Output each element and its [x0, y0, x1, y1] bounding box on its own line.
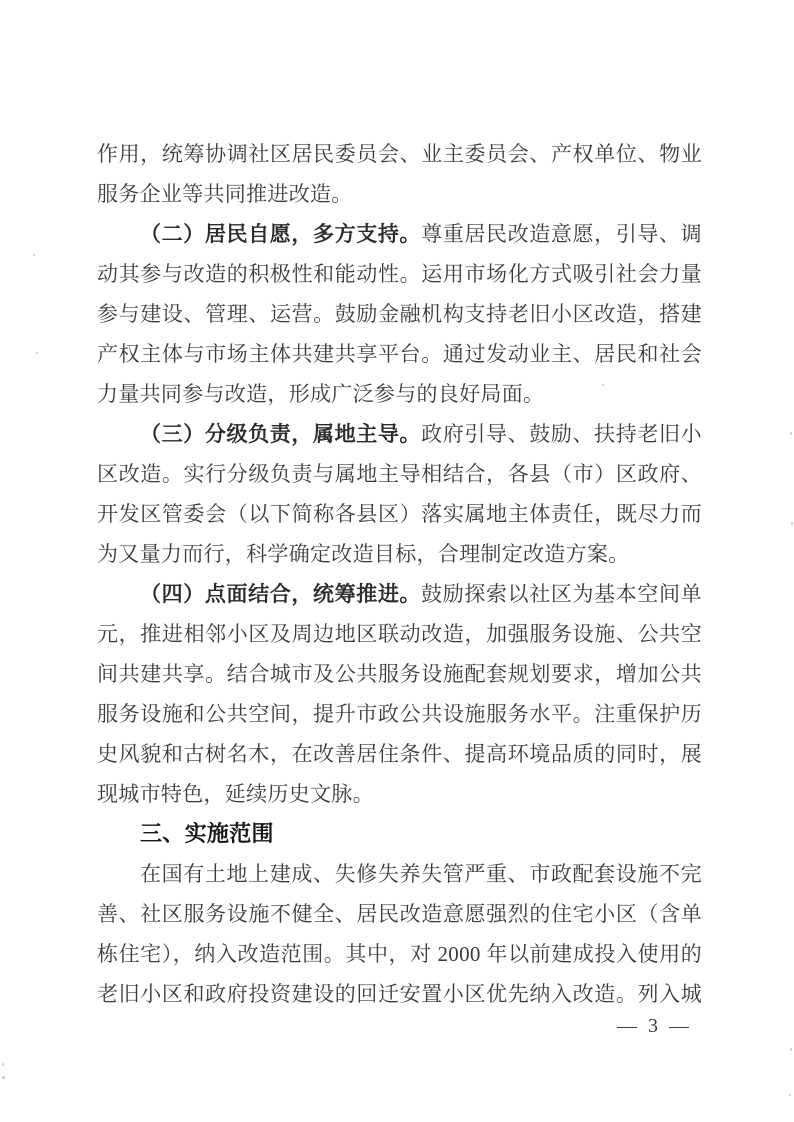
text-line: 在国有土地上建成、失修失养失管严重、市政配套设施不完	[97, 854, 702, 894]
scan-speck	[790, 432, 792, 435]
text-segment: 史风貌和古树名木，在改善居住条件、提高环境品质的同时，展	[97, 742, 702, 766]
text-line: 服务设施和公共空间，提升市政公共设施服务水平。注重保护历	[97, 694, 702, 734]
text-line: 区改造。实行分级负责与属地主导相结合，各县（市）区政府、	[97, 454, 702, 494]
text-segment: 善、社区服务设施不健全、居民改造意愿强烈的住宅小区（含单	[97, 902, 702, 926]
text-segment: 老旧小区和政府投资建设的回迁安置小区优先纳入改造。列入城	[97, 982, 702, 1006]
scan-speck	[790, 1048, 792, 1051]
scan-speck	[36, 352, 38, 354]
text-segment: 尊重居民改造意愿，引导、调	[421, 222, 702, 246]
text-segment: 间共建共享。结合城市及公共服务设施配套规划要求，增加公共	[97, 662, 702, 686]
text-line: （三）分级负责，属地主导。政府引导、鼓励、扶持老旧小	[97, 414, 702, 454]
scan-speck	[2, 1076, 5, 1079]
scan-speck	[791, 522, 793, 525]
text-segment: 鼓励探索以社区为基本空间单	[421, 582, 702, 606]
text-line: 现城市特色，延续历史文脉。	[97, 774, 702, 814]
text-line: 产权主体与市场主体共建共享平台。通过发动业主、居民和社会	[97, 334, 702, 374]
scan-speck	[33, 254, 35, 256]
text-line: 老旧小区和政府投资建设的回迁安置小区优先纳入改造。列入城	[97, 974, 702, 1014]
text-line: 力量共同参与改造，形成广泛参与的良好局面。	[97, 374, 702, 414]
text-line: 善、社区服务设施不健全、居民改造意愿强烈的住宅小区（含单	[97, 894, 702, 934]
text-segment: 开发区管委会（以下简称各县区）落实属地主体责任，既尽力而	[97, 502, 702, 526]
text-line: （四）点面结合，统筹推进。鼓励探索以社区为基本空间单	[97, 574, 702, 614]
text-line: 开发区管委会（以下简称各县区）落实属地主体责任，既尽力而	[97, 494, 702, 534]
section-heading: 三、实施范围	[97, 814, 702, 854]
text-line: 参与建设、管理、运营。鼓励金融机构支持老旧小区改造，搭建	[97, 294, 702, 334]
text-segment: 动其参与改造的积极性和能动性。运用市场化方式吸引社会力量	[97, 262, 702, 286]
text-segment: 作用，统筹协调社区居民委员会、业主委员会、产权单位、物业	[97, 142, 702, 166]
text-segment: 现城市特色，延续历史文脉。	[97, 782, 374, 806]
scan-speck	[602, 384, 604, 386]
text-segment: 元，推进相邻小区及周边地区联动改造，加强服务设施、公共空	[97, 622, 702, 646]
text-line: 为又量力而行，科学确定改造目标，合理制定改造方案。	[97, 534, 702, 574]
paragraph-leadin: （三）分级负责，属地主导。	[140, 422, 421, 446]
text-segment: 服务企业等共同推进改造。	[97, 182, 353, 206]
text-line: 间共建共享。结合城市及公共服务设施配套规划要求，增加公共	[97, 654, 702, 694]
text-segment: 栋住宅），纳入改造范围。其中，对 2000 年以前建成投入使用的	[97, 942, 702, 966]
paragraph-leadin: （四）点面结合，统筹推进。	[140, 582, 421, 606]
scan-speck	[2, 1063, 4, 1066]
page-number: — 3 —	[617, 1012, 692, 1040]
text-segment: 产权主体与市场主体共建共享平台。通过发动业主、居民和社会	[97, 342, 702, 366]
text-segment: 服务设施和公共空间，提升市政公共设施服务水平。注重保护历	[97, 702, 702, 726]
text-segment: 参与建设、管理、运营。鼓励金融机构支持老旧小区改造，搭建	[97, 302, 702, 326]
text-line: 动其参与改造的积极性和能动性。运用市场化方式吸引社会力量	[97, 254, 702, 294]
text-line: 作用，统筹协调社区居民委员会、业主委员会、产权单位、物业	[97, 134, 702, 174]
text-line: 元，推进相邻小区及周边地区联动改造，加强服务设施、公共空	[97, 614, 702, 654]
document-page: 作用，统筹协调社区居民委员会、业主委员会、产权单位、物业服务企业等共同推进改造。…	[0, 0, 794, 1122]
text-segment: 区改造。实行分级负责与属地主导相结合，各县（市）区政府、	[97, 462, 702, 486]
text-segment: 力量共同参与改造，形成广泛参与的良好局面。	[97, 382, 544, 406]
text-line: （二）居民自愿，多方支持。尊重居民改造意愿，引导、调	[97, 214, 702, 254]
text-segment: 在国有土地上建成、失修失养失管严重、市政配套设施不完	[140, 862, 702, 886]
text-line: 栋住宅），纳入改造范围。其中，对 2000 年以前建成投入使用的	[97, 934, 702, 974]
document-body: 作用，统筹协调社区居民委员会、业主委员会、产权单位、物业服务企业等共同推进改造。…	[97, 134, 702, 1014]
paragraph-leadin: （二）居民自愿，多方支持。	[140, 222, 421, 246]
scan-speck	[789, 1094, 791, 1096]
text-line: 服务企业等共同推进改造。	[97, 174, 702, 214]
text-line: 史风貌和古树名木，在改善居住条件、提高环境品质的同时，展	[97, 734, 702, 774]
text-segment: 三、实施范围	[140, 821, 274, 846]
text-segment: 政府引导、鼓励、扶持老旧小	[421, 422, 702, 446]
text-segment: 为又量力而行，科学确定改造目标，合理制定改造方案。	[97, 542, 630, 566]
